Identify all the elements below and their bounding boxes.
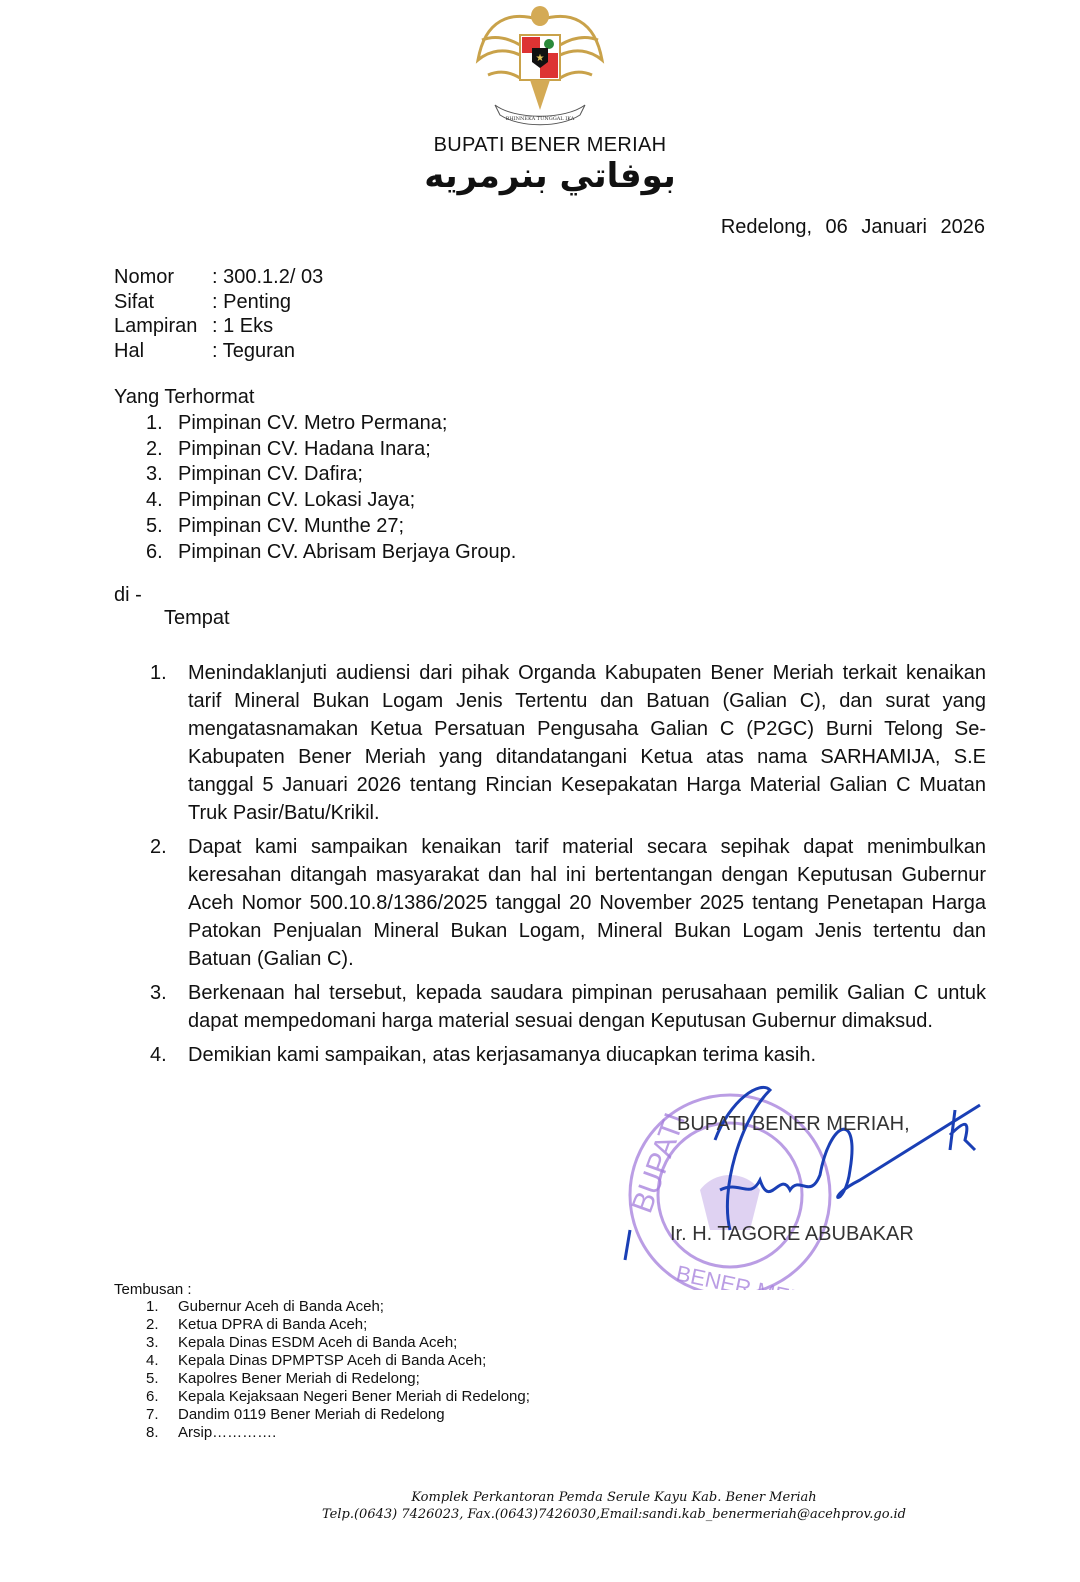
recipient-item: 3.Pimpinan CV. Dafira; [146,462,516,488]
cc-item: 3.Kepala Dinas ESDM Aceh di Banda Aceh; [146,1334,530,1352]
garuda-emblem-icon: ★ BHINNEKA TUNGGAL IKA [470,0,610,135]
cc-item: 7.Dandim 0119 Bener Meriah di Redelong [146,1406,530,1424]
meta-nomor: Nomor: 300.1.2/ 03 [114,265,323,290]
address-di: di - [114,584,142,607]
address-tempat: Tempat [164,607,230,630]
cc-item: 5.Kapolres Bener Meriah di Redelong; [146,1370,530,1388]
body-paragraph: 1.Menindaklanjuti audiensi dari pihak Or… [150,659,986,827]
recipient-item: 4.Pimpinan CV. Lokasi Jaya; [146,488,516,514]
meta-sifat: Sifat: Penting [114,290,323,315]
letterhead-title-arabic: بوفاتي بنرمريه [0,156,1080,196]
letter-meta: Nomor: 300.1.2/ 03 Sifat: Penting Lampir… [114,265,323,363]
recipient-item: 6.Pimpinan CV. Abrisam Berjaya Group. [146,540,516,566]
cc-item: 2.Ketua DPRA di Banda Aceh; [146,1316,530,1334]
salutation: Yang Terhormat [114,386,254,409]
footer-address: Komplek Perkantoran Pemda Serule Kayu Ka… [0,1490,1080,1505]
meta-hal: Hal: Teguran [114,339,323,364]
official-stamp-signature-icon: BUPATI BENER MERIAH [620,1080,1000,1290]
cc-title: Tembusan : [114,1281,192,1298]
body-paragraph: 4.Demikian kami sampaikan, atas kerjasam… [150,1041,986,1069]
svg-text:BENER MERIAH: BENER MERIAH [674,1260,843,1290]
footer-contact: Telp.(0643) 7426023, Fax.(0643)7426030,E… [0,1507,1080,1522]
signatory-name: Ir. H. TAGORE ABUBAKAR [670,1223,914,1246]
letterhead-title: BUPATI BENER MERIAH [0,134,1080,157]
recipient-item: 5.Pimpinan CV. Munthe 27; [146,514,516,540]
svg-text:BHINNEKA TUNGGAL IKA: BHINNEKA TUNGGAL IKA [506,116,575,122]
body-paragraph: 2.Dapat kami sampaikan kenaikan tarif ma… [150,833,986,973]
signatory-title: BUPATI BENER MERIAH, [677,1113,910,1136]
cc-list: 1.Gubernur Aceh di Banda Aceh; 2.Ketua D… [146,1298,530,1442]
cc-item: 4.Kepala Dinas DPMPTSP Aceh di Banda Ace… [146,1352,530,1370]
recipient-list: 1.Pimpinan CV. Metro Permana; 2.Pimpinan… [146,411,516,565]
letter-date: Redelong, 06 Januari 2026 [721,216,985,239]
cc-item: 1.Gubernur Aceh di Banda Aceh; [146,1298,530,1316]
recipient-item: 2.Pimpinan CV. Hadana Inara; [146,437,516,463]
recipient-item: 1.Pimpinan CV. Metro Permana; [146,411,516,437]
letter-body: 1.Menindaklanjuti audiensi dari pihak Or… [150,659,986,1075]
body-paragraph: 3.Berkenaan hal tersebut, kepada saudara… [150,979,986,1035]
cc-item: 8.Arsip…………. [146,1424,530,1442]
svg-text:★: ★ [536,53,545,64]
cc-item: 6.Kepala Kejaksaan Negeri Bener Meriah d… [146,1388,530,1406]
meta-lampiran: Lampiran: 1 Eks [114,314,323,339]
